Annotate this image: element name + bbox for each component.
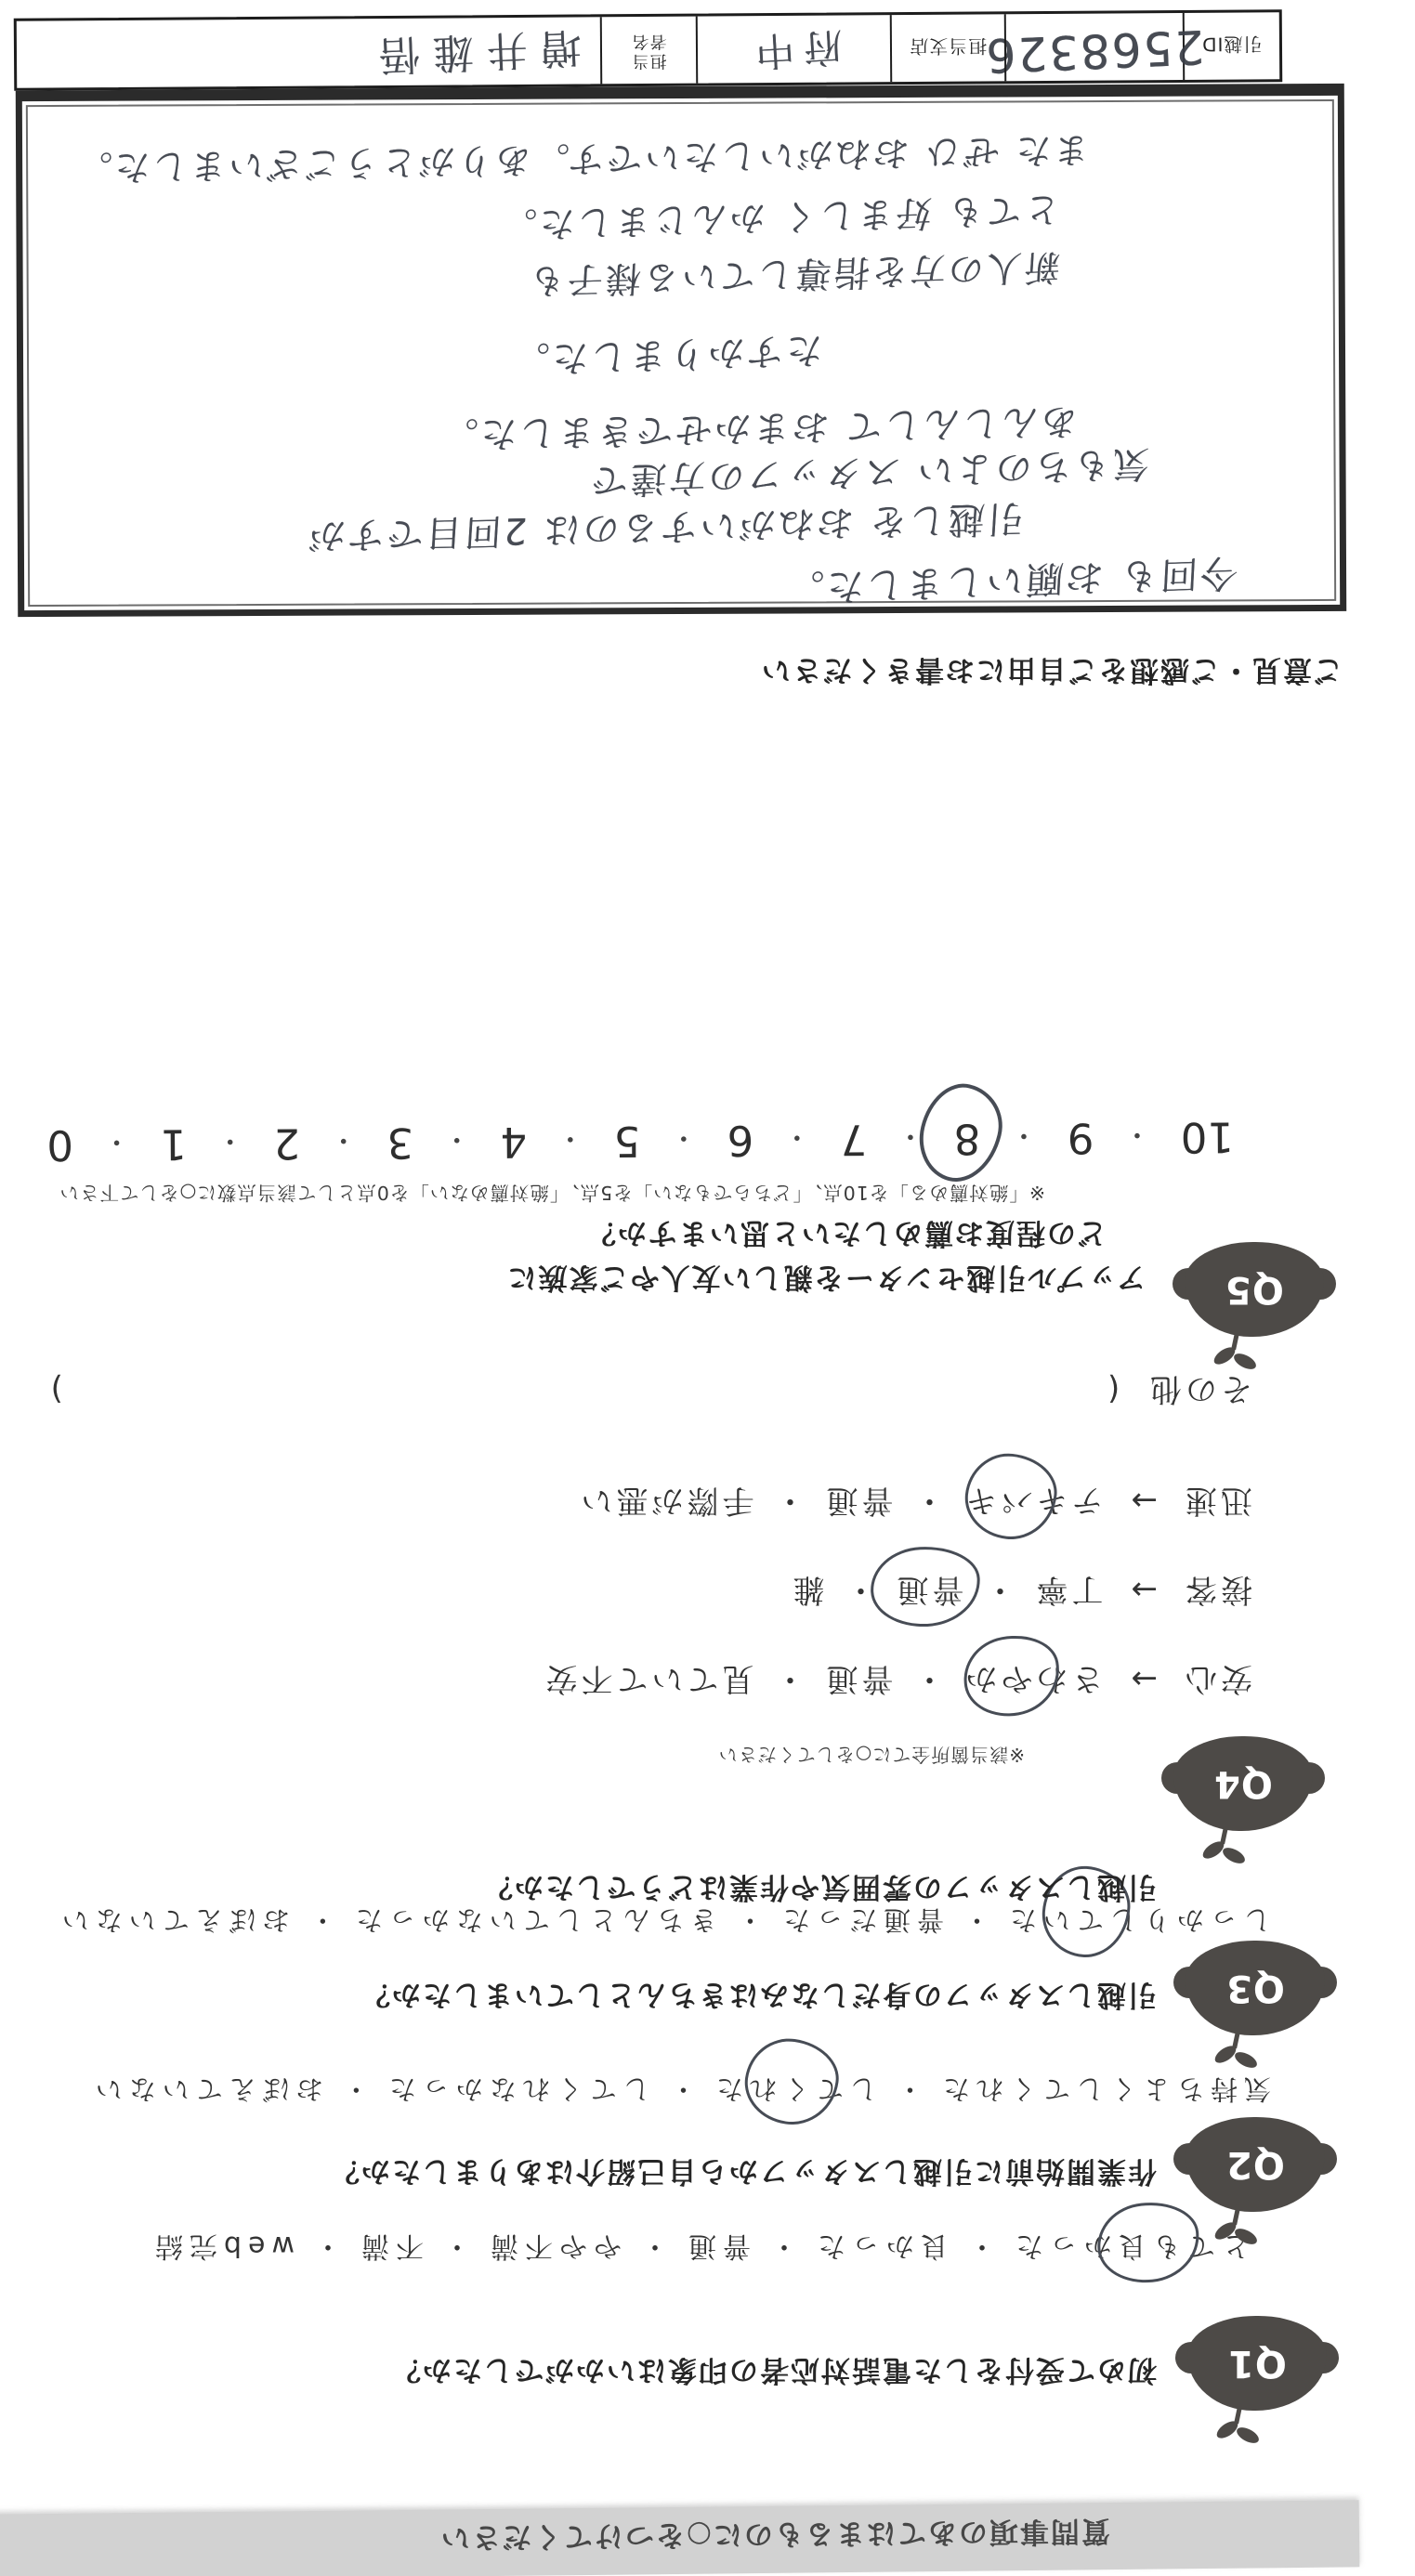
q4-row-jinsoku: 迅速→テキパキ・普通・手際が悪い — [578, 1481, 1253, 1526]
q4-row-sekkyaku: 接客→丁寧・普通・雑 — [790, 1570, 1253, 1615]
q4-option-futsuu-3: 普通 — [823, 1481, 894, 1526]
scale-number-0: 0 — [46, 1120, 73, 1170]
q1-option-futsuu: 普通 — [682, 2229, 751, 2269]
scale-separator: ・ — [216, 1123, 244, 1164]
q4-option-tegiwa-warui: 手際が悪い — [578, 1481, 754, 1526]
q3-badge-label: Q3 — [1186, 1941, 1325, 2035]
staff-label-cell: 担当者名 — [602, 17, 699, 85]
q4-option-futsuu-2: 普通 — [894, 1570, 964, 1615]
q4-option-tekipaki: テキパキ — [963, 1481, 1104, 1526]
open-paren: ( — [1104, 1370, 1120, 1407]
q1-option-fuman: 不満 — [355, 2229, 424, 2269]
scale-number-5: 5 — [613, 1117, 640, 1166]
badge-leaf-icon — [1232, 2049, 1259, 2072]
move-id-label: 引越ID — [1201, 33, 1263, 59]
comment-box: 今回も お願いしました。 引越しを おねがいするのは 2回目ですが 気もちのよい… — [16, 84, 1346, 617]
scanned-survey-sheet: 質問事項のあてはまるものに○をつけてください Q1 初めて受付をした電話対応者の… — [0, 0, 1415, 2576]
arrow-icon: → — [1128, 1482, 1159, 1519]
arrow-icon: → — [1128, 1571, 1159, 1608]
q4-note: ※該当箇所全てに○をしてください — [718, 1743, 1025, 1770]
q4-option-fuan: 見ていて不安 — [543, 1659, 754, 1705]
scale-number-6: 6 — [727, 1116, 753, 1165]
q4-row-sonota: その他 () — [47, 1369, 1252, 1415]
badge-leaf-icon — [1220, 1845, 1247, 1867]
scale-number-4: 4 — [500, 1118, 527, 1167]
move-id-value-cell: 2568326 — [1005, 13, 1184, 81]
staff-value-cell: 増井雄悟 — [17, 17, 602, 87]
option-separator: ・ — [764, 2229, 798, 2262]
q1-option-totemo-yokatta: とても良かった — [1009, 2229, 1250, 2269]
q5-nps-scale: 10・9・8・7・6・5・4・3・2・1・0 — [46, 1113, 1234, 1170]
handwritten-line: たすかりました。 — [509, 326, 824, 388]
q4-row-label: 接客 — [1182, 1570, 1252, 1615]
scale-separator: ・ — [102, 1124, 130, 1165]
scale-number-8: 8 — [953, 1114, 980, 1163]
q4-option-zatsu: 雑 — [790, 1570, 825, 1615]
q3-question: 引越しスタッフの身だしなみはきちんとしていましたか？ — [360, 1977, 1157, 2019]
option-separator: ・ — [635, 2229, 669, 2262]
scale-number-2: 2 — [273, 1119, 300, 1169]
option-separator: ・ — [771, 1660, 806, 1697]
q2-option-kimochiyoku: 気持ちよくしてくれた — [937, 2072, 1271, 2110]
scale-number-9: 9 — [1067, 1114, 1094, 1163]
scale-separator: ・ — [670, 1120, 698, 1161]
option-separator: ・ — [771, 1482, 806, 1519]
branch-value-cell: 府中 — [698, 15, 892, 83]
q5-question-line2: どの程度お薦めしたいと思いますか？ — [585, 1215, 1107, 1257]
arrow-icon: → — [1128, 1660, 1159, 1697]
q2-option-oboeteinai: おぼえていない — [89, 2072, 323, 2110]
scale-separator: ・ — [443, 1122, 471, 1163]
q4-badge: Q4 — [1173, 1736, 1313, 1831]
option-separator: ・ — [303, 1904, 336, 1936]
close-paren: ) — [47, 1370, 63, 1407]
scale-number-1: 1 — [160, 1119, 187, 1169]
q2-option-shitekurenakatta: してくれなかった — [383, 2072, 650, 2110]
badge-leaf-icon — [1234, 2425, 1261, 2447]
header-table: 引越ID 2568326 担当支店 府中 担当者名 増井雄悟 — [14, 9, 1283, 91]
q1-question: 初めて受付をした電話対応者の印象はいかがでしたか？ — [390, 2352, 1157, 2394]
option-separator: ・ — [663, 2073, 697, 2105]
option-separator: ・ — [911, 1482, 946, 1519]
q1-option-yokatta: 良かった — [811, 2229, 949, 2269]
q2-badge: Q2 — [1186, 2117, 1325, 2212]
option-separator: ・ — [962, 2229, 996, 2262]
option-separator: ・ — [911, 1660, 946, 1697]
q1-badge-label: Q1 — [1187, 2316, 1327, 2411]
option-separator: ・ — [308, 2229, 342, 2262]
option-separator: ・ — [336, 2073, 370, 2105]
q4-row-label: 迅速 — [1182, 1481, 1252, 1526]
q4-option-sawayaka: さわやか — [963, 1659, 1104, 1705]
q2-badge-label: Q2 — [1186, 2117, 1325, 2212]
q2-option-shitekureta: してくれた — [710, 2072, 877, 2110]
option-separator: ・ — [890, 2073, 924, 2105]
scale-separator: ・ — [783, 1119, 811, 1160]
q2-question: 作業開始前に引越しスタッフから自己紹介はありましたか？ — [329, 2153, 1157, 2195]
q3-option-oboeteinai: おぼえていない — [56, 1903, 290, 1941]
instructions-text: 質問事項のあてはまるものに○をつけてください — [439, 2513, 1110, 2562]
branch-label-cell: 担当支店 — [892, 14, 1006, 82]
scale-separator: ・ — [1010, 1118, 1038, 1159]
q1-options: とても良かった・良かった・普通・やや不満・不満・web完結 — [149, 2229, 1250, 2269]
q4-question: 引越しスタッフの雰囲気や作業はどうでしたか？ — [482, 1869, 1157, 1911]
branch-value-handwritten: 府中 — [744, 21, 844, 83]
q5-badge: Q5 — [1185, 1242, 1324, 1337]
q4-option-teinei: 丁寧 — [1033, 1570, 1104, 1615]
q1-option-web-kanketsu: web完結 — [149, 2229, 295, 2269]
q5-badge-label: Q5 — [1185, 1242, 1324, 1337]
staff-label: 担当者名 — [628, 31, 669, 70]
option-separator: ・ — [842, 1571, 877, 1608]
branch-label: 担当支店 — [909, 34, 987, 62]
q1-badge: Q1 — [1187, 2316, 1327, 2411]
option-separator: ・ — [437, 2229, 471, 2262]
q4-option-futsuu-1: 普通 — [823, 1659, 894, 1705]
scale-separator: ・ — [557, 1121, 584, 1162]
scale-separator: ・ — [1123, 1118, 1151, 1158]
scale-number-10: 10 — [1181, 1113, 1235, 1162]
scale-number-7: 7 — [840, 1115, 867, 1164]
survey-document-rotated-180: 質問事項のあてはまるものに○をつけてください Q1 初めて受付をした電話対応者の… — [0, 0, 1415, 2576]
q4-row-anshin: 安心→さわやか・普通・見ていて不安 — [543, 1659, 1253, 1705]
q5-note: ※「絶対薦める」を10点、「どちらでもない」を5点、「絶対薦めない」を0点として… — [59, 1181, 1045, 1209]
q4-row-label: 安心 — [1182, 1659, 1252, 1705]
q5-question-line1: アップル引越センターを親しい友人やご家族に — [506, 1260, 1146, 1301]
instructions-band: 質問事項のあてはまるものに○をつけてください — [0, 2500, 1359, 2576]
comment-section-label: ご意見・ご感想をご自由にお書きください — [760, 652, 1343, 694]
option-separator: ・ — [981, 1571, 1016, 1608]
staff-value-handwritten: 増井雄悟 — [365, 21, 583, 90]
q2-options: 気持ちよくしてくれた・してくれた・してくれなかった・おぼえていない — [89, 2072, 1271, 2110]
move-id-value-handwritten: 2568326 — [983, 20, 1205, 83]
scale-separator: ・ — [897, 1118, 924, 1159]
scale-number-3: 3 — [387, 1118, 413, 1168]
q4-badge-label: Q4 — [1173, 1736, 1313, 1831]
q1-option-yaya-fuman: やや不満 — [484, 2229, 622, 2269]
other-label: その他 — [1146, 1370, 1252, 1407]
q3-badge: Q3 — [1186, 1941, 1325, 2035]
scale-separator: ・ — [330, 1123, 358, 1164]
